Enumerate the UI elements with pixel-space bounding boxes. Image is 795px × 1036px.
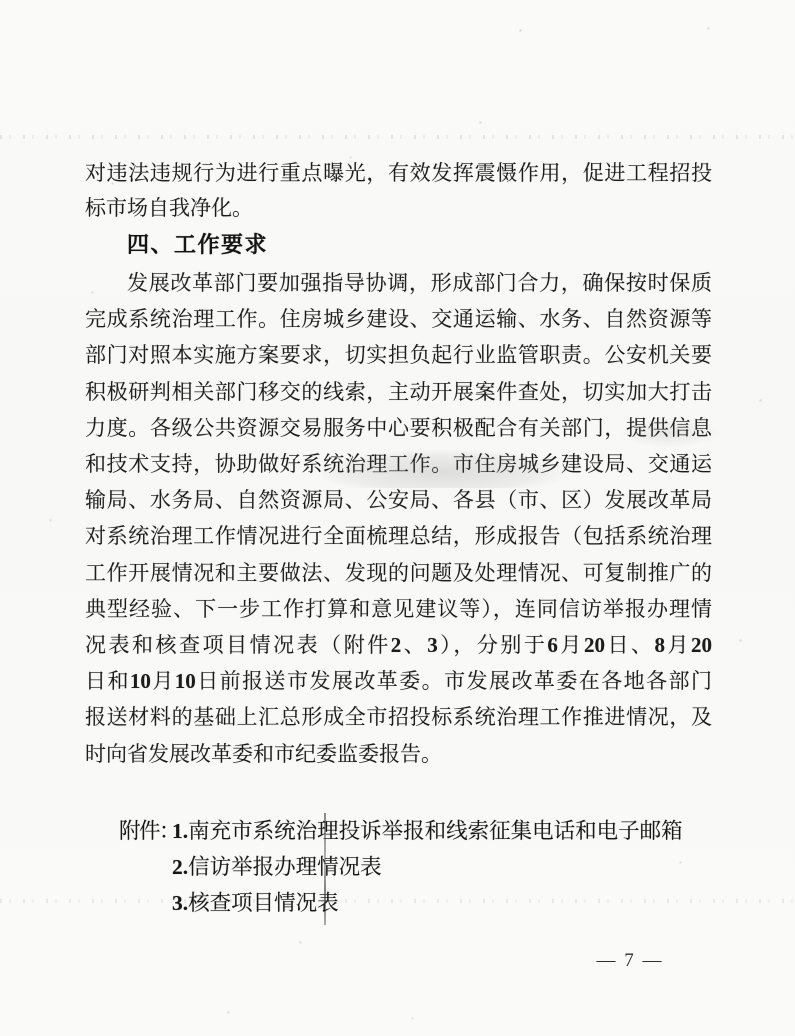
text-line: 完成系统治理工作。住房城乡建设、交通运输、水务、自然资源等	[85, 301, 712, 337]
text-line: 发展改革部门要加强指导协调，形成部门合力，确保按时保质	[85, 265, 712, 301]
paragraph-work-requirements: 发展改革部门要加强指导协调，形成部门合力，确保按时保质完成系统治理工作。住房城乡…	[85, 265, 712, 772]
scan-smudge	[322, 450, 562, 488]
scan-smudge	[620, 418, 720, 448]
text-line: 积极研判相关部门移交的线索，主动开展案件查处，切实加大打击	[85, 374, 712, 410]
scanned-document-page: 对违法违规行为进行重点曝光，有效发挥震慑作用，促进工程招投标市场自我净化。 四、…	[0, 0, 795, 1036]
attachments-list: 1.南充市系统治理投诉举报和线索征集电话和电子邮箱2.信访举报办理情况表3.核查…	[172, 813, 683, 921]
text-line: 对违法违规行为进行重点曝光，有效发挥震慑作用，促进工程招投	[85, 156, 712, 191]
text-line: 时向省发展改革委和市纪委监委报告。	[85, 736, 712, 772]
scan-speckles	[0, 0, 1, 1]
text-line: 对系统治理工作情况进行全面梳理总结，形成报告（包括系统治理	[85, 518, 712, 554]
text-line: 报送材料的基础上汇总形成全市招投标系统治理工作推进情况，及	[85, 699, 712, 735]
text-line: 2.信访举报办理情况表	[172, 849, 683, 885]
text-line: 工作开展情况和主要做法、发现的问题及处理情况、可复制推广的	[85, 555, 712, 591]
scan-noise-band	[0, 135, 795, 139]
scan-noise-band	[0, 899, 795, 903]
section-heading: 四、工作要求	[127, 229, 268, 260]
text-line: 3.核查项目情况表	[172, 885, 683, 921]
text-line: 标市场自我净化。	[85, 191, 712, 226]
text-line: 力度。各级公共资源交易服务中心要积极配合有关部门，提供信息	[85, 410, 712, 446]
paragraph-opening: 对违法违规行为进行重点曝光，有效发挥震慑作用，促进工程招投标市场自我净化。	[85, 156, 712, 226]
attachments-block: 附件： 1.南充市系统治理投诉举报和线索征集电话和电子邮箱2.信访举报办理情况表…	[119, 813, 683, 921]
scan-vertical-line-artifact	[324, 813, 326, 925]
text-line: 日和10月10日前报送市发展改革委。市发展改革委在各地各部门	[85, 663, 712, 699]
text-line: 典型经验、下一步工作打算和意见建议等），连同信访举报办理情	[85, 591, 712, 627]
text-line: 1.南充市系统治理投诉举报和线索征集电话和电子邮箱	[172, 813, 683, 849]
page-number: — 7 —	[588, 950, 672, 972]
attachments-label: 附件：	[119, 813, 172, 921]
text-line: 部门对照本实施方案要求，切实担负起行业监管职责。公安机关要	[85, 337, 712, 373]
text-line: 况表和核查项目情况表（附件2、3），分别于6月20日、8月20	[85, 627, 712, 663]
